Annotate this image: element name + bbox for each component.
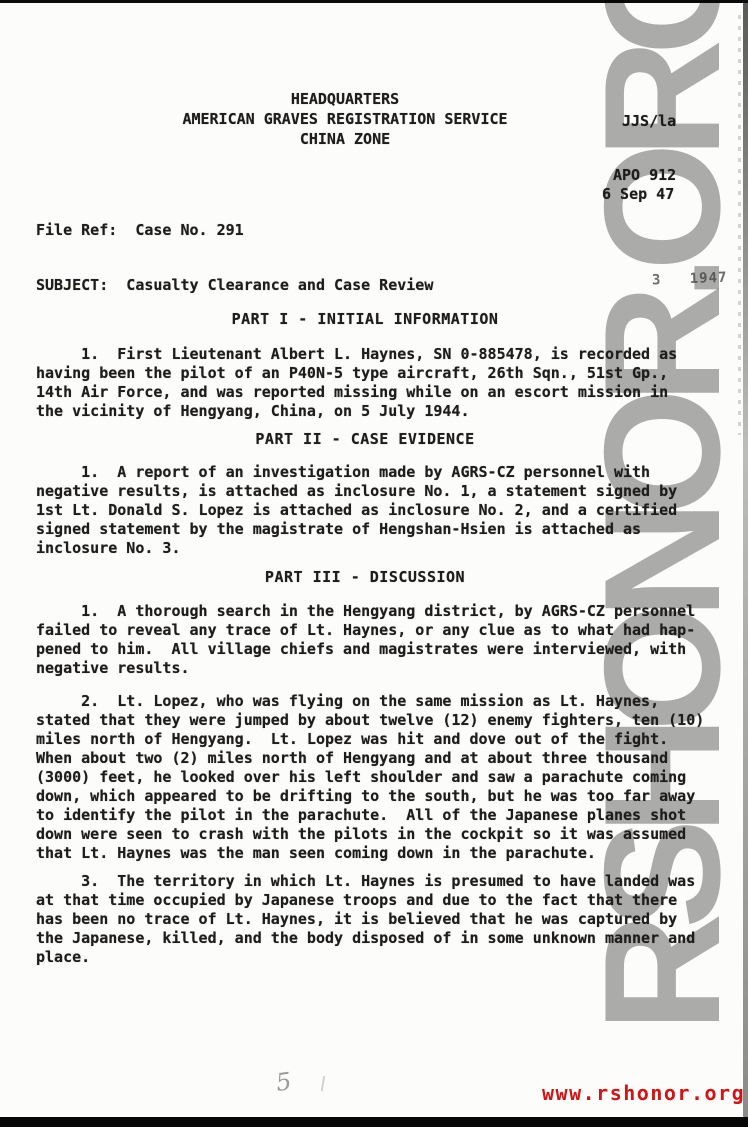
- pencil-mark: [321, 1076, 325, 1091]
- part2-paragraph-1: 1. A report of an investigation made by …: [36, 463, 677, 558]
- part3-heading: PART III - DISCUSSION: [20, 568, 710, 587]
- part1-heading: PART I - INITIAL INFORMATION: [20, 310, 710, 329]
- document-date: 6 Sep 47: [602, 185, 674, 204]
- scan-border-right: [743, 3, 748, 1117]
- scan-edge-noise: [738, 15, 741, 435]
- scan-border-top: [0, 0, 748, 3]
- letterhead: HEADQUARTERS AMERICAN GRAVES REGISTRATIO…: [20, 89, 670, 149]
- office-initials: JJS/la: [622, 112, 676, 131]
- handwritten-page-number: 5: [274, 1067, 293, 1097]
- file-ref-line: File Ref: Case No. 291: [36, 221, 244, 240]
- scan-border-bottom: [0, 1117, 748, 1127]
- part1-paragraph-1: 1. First Lieutenant Albert L. Haynes, SN…: [36, 345, 677, 421]
- part3-paragraph-3: 3. The territory in which Lt. Haynes is …: [36, 872, 695, 967]
- subject-line: SUBJECT: Casualty Clearance and Case Rev…: [36, 276, 433, 295]
- scanned-document-page: RSHONOR.ORG HEADQUARTERS AMERICAN GRAVES…: [0, 0, 748, 1127]
- watermark-site-url: www.rshonor.org: [542, 1081, 745, 1105]
- date-stamp-fragment: 3 1947: [652, 270, 728, 289]
- apo-number: APO 912: [613, 166, 676, 185]
- part3-paragraph-1: 1. A thorough search in the Hengyang dis…: [36, 602, 695, 678]
- part3-paragraph-2: 2. Lt. Lopez, who was flying on the same…: [36, 692, 704, 863]
- part2-heading: PART II - CASE EVIDENCE: [20, 430, 710, 449]
